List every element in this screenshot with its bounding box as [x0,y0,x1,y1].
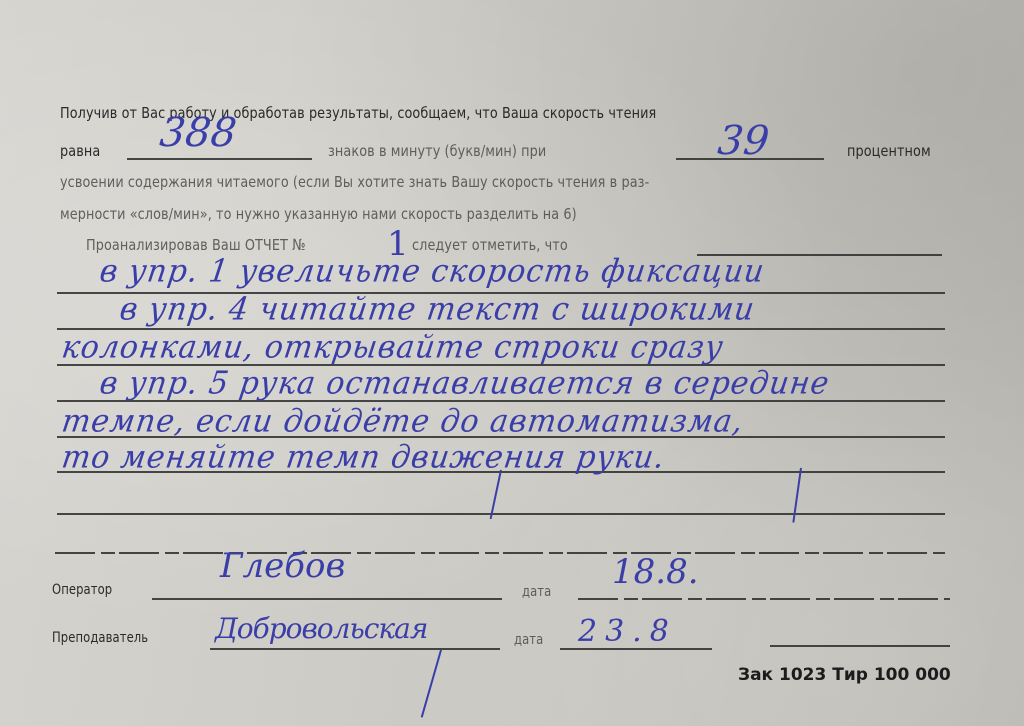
comment-line-6[interactable]: то меняйте темп движения руки. [59,439,667,476]
form-label-chars-per-minute: знаков в минуту (букв/мин) при [328,142,546,160]
reading-speed-value[interactable]: 388 [158,110,239,156]
teacher-signature-line [210,648,500,650]
operator-date-label: дата [522,584,551,600]
operator-date-line [578,598,950,600]
pen-stroke [490,470,502,519]
operator-signature-line [152,598,502,600]
form-line-3: усвоении содержания читаемого (если Вы х… [60,173,649,191]
form-line-1: Получив от Вас работу и обработав резуль… [60,104,656,122]
operator-date-value[interactable]: 18.8. [612,552,699,592]
teacher-label: Преподаватель [52,630,148,646]
form-label-percent: процентном [847,142,931,160]
comprehension-percent-value[interactable]: 39 [716,118,772,164]
comment-line-4[interactable]: в упр. 5 рука останавливается в середине [97,365,832,402]
teacher-date-label: дата [514,632,543,648]
print-order-stamp: Зак 1023 Тир 100 000 [738,665,951,685]
comment-line-1[interactable]: в упр. 1 увеличьте скорость фиксации [97,253,767,290]
report-label: Проанализировав Ваш ОТЧЕТ № [86,236,306,254]
comment-line-3[interactable]: колонками, открывайте строки сразу [59,329,726,366]
reading-speed-field-line [127,158,312,160]
pen-stroke [421,650,442,718]
form-line-4: мерности «слов/мин», то нужно указанную … [60,205,577,223]
comment-rule-8 [55,552,945,554]
comment-line-5[interactable]: темпе, если дойдёте до автоматизма, [59,403,745,440]
report-label-suffix: следует отметить, что [412,236,568,254]
extra-line [770,645,950,647]
operator-label: Оператор [52,582,112,598]
teacher-date-value[interactable]: 23.8 [578,614,677,649]
operator-signature[interactable]: Глебов [220,546,345,586]
comment-rule-7 [57,513,945,515]
teacher-signature[interactable]: Добровольская [215,612,427,645]
comment-line-2[interactable]: в упр. 4 читайте текст с широкими [117,291,757,328]
form-label-equals: равна [60,142,100,160]
